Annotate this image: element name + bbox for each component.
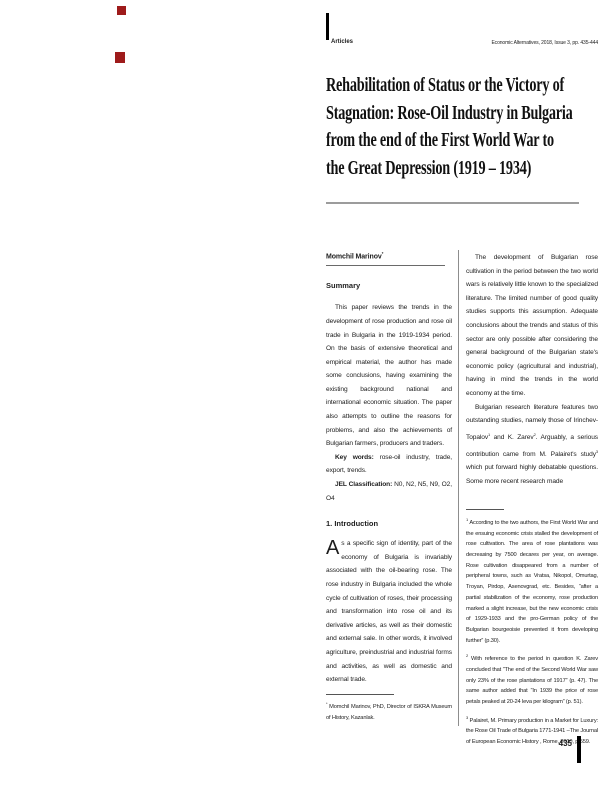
- keywords-paragraph: Key words: rose-oil industry, trade, exp…: [326, 451, 452, 478]
- author-footnote-paragraph: * Momchil Marinov, PhD, Director of ISKR…: [326, 699, 452, 723]
- header-vertical-bar: [326, 13, 329, 40]
- summary-paragraph: This paper reviews the trends in the dev…: [326, 301, 452, 451]
- body-paragraph-2: Bulgarian research literature features t…: [466, 401, 598, 489]
- introduction-heading: 1. Introduction: [326, 519, 452, 528]
- footnote-1-text: According to the two authors, the First …: [466, 520, 598, 644]
- drop-cap: A: [326, 537, 341, 557]
- footer-vertical-bar: [577, 736, 581, 763]
- author-footnote-separator-rule: [326, 694, 394, 695]
- column-divider-rule: [458, 250, 459, 726]
- summary-heading: Summary: [326, 281, 452, 290]
- paragraph-text: which put forward highly debatable quest…: [466, 464, 598, 485]
- section-label: Articles: [331, 39, 353, 45]
- author-footnote-marker: *: [382, 251, 384, 256]
- article-title-line-2: Stagnation: Rose-Oil Industry in Bulgari…: [326, 100, 573, 128]
- author-underline-rule: [326, 265, 445, 266]
- left-column: Momchil Marinov* Summary This paper revi…: [326, 251, 452, 687]
- article-title: Rehabilitation of Status or the Victory …: [326, 72, 573, 182]
- footnote-2-text: With reference to the period in question…: [466, 656, 598, 705]
- author-footnote: * Momchil Marinov, PhD, Director of ISKR…: [326, 694, 452, 728]
- title-divider-rule: [326, 202, 579, 204]
- jel-label: JEL Classification:: [335, 481, 392, 488]
- red-scan-mark-top: [117, 6, 126, 15]
- paper-page: Articles Economic Alternatives, 2018, Is…: [0, 0, 600, 800]
- author-name: Momchil Marinov*: [326, 251, 452, 260]
- body-paragraph-1: The development of Bulgarian rose cultiv…: [466, 251, 598, 401]
- footnote-separator-rule: [466, 509, 504, 510]
- footnote-ref-3: 3: [596, 449, 598, 454]
- author-name-text: Momchil Marinov: [326, 253, 382, 260]
- introduction-paragraph: As a specific sign of identity, part of …: [326, 537, 452, 687]
- article-title-line-3: from the end of the First World War to: [326, 127, 573, 155]
- jel-paragraph: JEL Classification: N0, N2, N5, N9, O2, …: [326, 478, 452, 505]
- introduction-text: s a specific sign of identity, part of t…: [326, 540, 452, 683]
- footnote-1: 1 According to the two authors, the Firs…: [466, 515, 598, 646]
- journal-reference: Economic Alternatives, 2018, Issue 3, pp…: [420, 40, 598, 46]
- author-footnote-text: Momchil Marinov, PhD, Director of ISKRA …: [326, 704, 452, 721]
- paragraph-text: and K. Zarev: [490, 434, 533, 441]
- red-scan-mark-bottom: [115, 52, 125, 63]
- footnote-2: 2 With reference to the period in questi…: [466, 651, 598, 707]
- keywords-label: Key words:: [335, 454, 374, 461]
- page-number: 435: [540, 739, 572, 748]
- right-column: The development of Bulgarian rose cultiv…: [466, 251, 598, 488]
- article-title-line-4: the Great Depression (1919 – 1934): [326, 155, 573, 183]
- right-footnotes: 1 According to the two authors, the Firs…: [466, 509, 598, 753]
- article-title-line-1: Rehabilitation of Status or the Victory …: [326, 72, 573, 100]
